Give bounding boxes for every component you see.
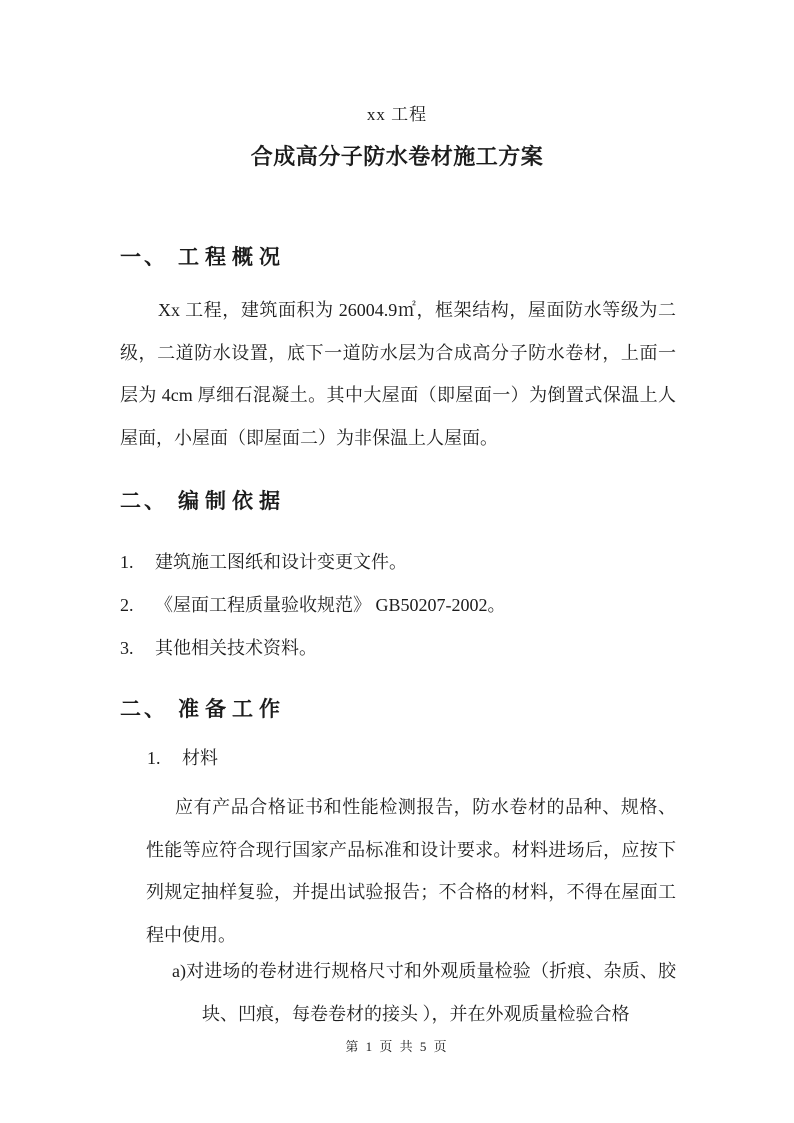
section-number: 二、 (120, 486, 168, 516)
list-item: 3. 其他相关技术资料。 (120, 627, 676, 670)
list-item-text: 其他相关技术资料。 (155, 627, 317, 670)
page-footer: 第 1 页 共 5 页 (0, 1036, 794, 1055)
document-page: xx 工程 合成高分子防水卷材施工方案 一、工程概况 Xx 工程，建筑面积为 2… (0, 0, 794, 1123)
document-title: 合成高分子防水卷材施工方案 (0, 140, 794, 171)
overview-paragraph: Xx 工程，建筑面积为 26004.9㎡，框架结构，屋面防水等级为二级，二道防水… (120, 289, 676, 459)
section-heading-text: 工程概况 (178, 245, 286, 269)
subpoint-text: 对进场的卷材进行规格尺寸和外观质量检验（折痕、杂质、胶块、凹痕，每卷卷材的接头 … (186, 961, 676, 1024)
section-number: 一、 (120, 242, 168, 272)
basis-list: 1. 建筑施工图纸和设计变更文件。 2. 《屋面工程质量验收规范》 GB5020… (120, 541, 676, 670)
section-number: 二、 (120, 694, 168, 724)
list-item-number: 1. (120, 541, 155, 584)
section-heading-text: 编制依据 (178, 489, 286, 513)
list-item: 2. 《屋面工程质量验收规范》 GB50207-2002。 (120, 584, 676, 627)
section-heading-overview: 一、工程概况 (120, 242, 286, 272)
list-item-number: 1. (147, 743, 182, 773)
section-heading-text: 准备工作 (178, 697, 286, 721)
subpoint-a: a)对进场的卷材进行规格尺寸和外观质量检验（折痕、杂质、胶块、凹痕，每卷卷材的接… (120, 950, 676, 1035)
section-heading-basis: 二、编制依据 (120, 486, 286, 516)
document-subtitle: xx 工程 (0, 100, 794, 125)
list-item-number: 3. (120, 627, 155, 670)
material-list-item: 1. 材料 (147, 743, 667, 773)
list-item: 1. 建筑施工图纸和设计变更文件。 (120, 541, 676, 584)
list-item-text: 材料 (182, 743, 218, 773)
list-item-number: 2. (120, 584, 155, 627)
section-heading-preparation: 二、准备工作 (120, 694, 286, 724)
subpoint-label: a) (172, 961, 186, 981)
list-item-text: 建筑施工图纸和设计变更文件。 (155, 541, 407, 584)
material-paragraph: 应有产品合格证书和性能检测报告，防水卷材的品种、规格、性能等应符合现行国家产品标… (120, 786, 676, 956)
list-item-text: 《屋面工程质量验收规范》 GB50207-2002。 (155, 584, 506, 627)
